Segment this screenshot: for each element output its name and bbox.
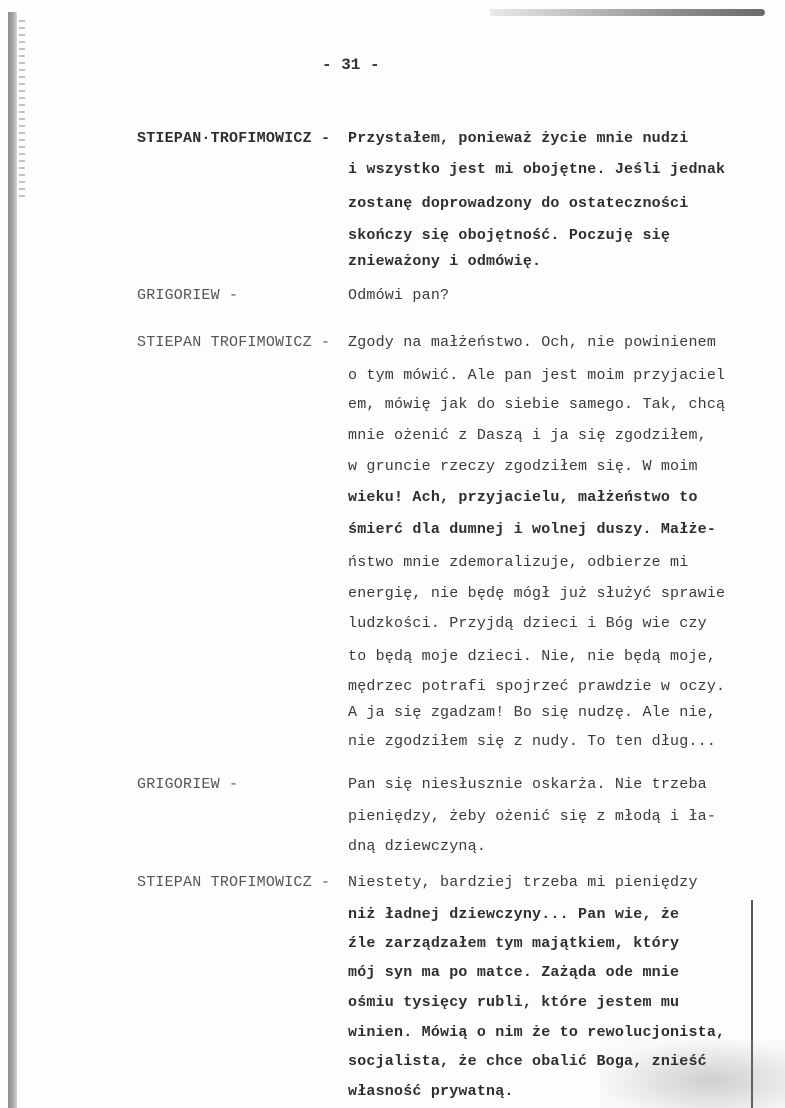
dialogue-line: w gruncie rzeczy zgodziłem się. W moim xyxy=(348,458,698,475)
dialogue-line: skończy się obojętność. Poczuję się xyxy=(348,227,670,244)
speaker-name: STIEPAN TROFIMOWICZ - xyxy=(137,334,330,351)
dialogue-line: Pan się niesłusznie oskarża. Nie trzeba xyxy=(348,776,707,793)
dialogue-line: dną dziewczyną. xyxy=(348,838,486,855)
dialogue-line: śmierć dla dumnej i wolnej duszy. Małże- xyxy=(348,521,716,538)
dialogue-line: A ja się zgadzam! Bo się nudzę. Ale nie, xyxy=(348,704,716,721)
dialogue-line: własność prywatną. xyxy=(348,1083,514,1100)
dialogue-line: ństwo mnie zdemoralizuje, odbierze mi xyxy=(348,554,688,571)
dialogue-line: ludzkości. Przyjdą dzieci i Bóg wie czy xyxy=(348,615,707,632)
scan-top-edge-shadow xyxy=(490,9,765,16)
dialogue-line: winien. Mówią o nim że to rewolucjonista… xyxy=(348,1024,725,1041)
dialogue-line: mnie ożenić z Daszą i ja się zgodziłem, xyxy=(348,427,707,444)
dialogue-line: socjalista, że chce obalić Boga, znieść xyxy=(348,1053,707,1070)
scan-smudge xyxy=(600,1040,785,1108)
dialogue-line: źle zarządzałem tym majątkiem, który xyxy=(348,935,679,952)
dialogue-line: Zgody na małżeństwo. Och, nie powinienem xyxy=(348,334,716,351)
scan-left-edge-shadow xyxy=(8,12,17,1108)
dialogue-line: o tym mówić. Ale pan jest moim przyjacie… xyxy=(348,367,725,384)
speaker-name: STIEPAN·TROFIMOWICZ - xyxy=(137,130,330,147)
dialogue-line: nie zgodziłem się z nudy. To ten dług... xyxy=(348,733,716,750)
speaker-name: STIEPAN TROFIMOWICZ - xyxy=(137,874,330,891)
dialogue-line: znieważony i odmówię. xyxy=(348,253,541,270)
dialogue-line: ośmiu tysięcy rubli, które jestem mu xyxy=(348,994,679,1011)
dialogue-line: to będą moje dzieci. Nie, nie będą moje, xyxy=(348,648,716,665)
dialogue-line: wieku! Ach, przyjacielu, małżeństwo to xyxy=(348,489,698,506)
dialogue-line: mędrzec potrafi spojrzeć prawdzie w oczy… xyxy=(348,678,725,695)
dialogue-line: em, mówię jak do siebie samego. Tak, chc… xyxy=(348,396,725,413)
page-number: - 31 - xyxy=(322,56,380,74)
dialogue-line: mój syn ma po matce. Zażąda ode mnie xyxy=(348,964,679,981)
dialogue-line: niż ładnej dziewczyny... Pan wie, że xyxy=(348,906,679,923)
speaker-name: GRIGORIEW - xyxy=(137,287,238,304)
speaker-name: GRIGORIEW - xyxy=(137,776,238,793)
dialogue-line: zostanę doprowadzony do ostateczności xyxy=(348,195,688,212)
dialogue-line: pieniędzy, żeby ożenić się z młodą i ła- xyxy=(348,808,716,825)
dialogue-line: i wszystko jest mi obojętne. Jeśli jedna… xyxy=(348,161,725,178)
scan-left-speckle xyxy=(19,20,25,200)
dialogue-line: Przystałem, ponieważ życie mnie nudzi xyxy=(348,130,688,147)
dialogue-line: Niestety, bardziej trzeba mi pieniędzy xyxy=(348,874,698,891)
dialogue-line: Odmówi pan? xyxy=(348,287,449,304)
dialogue-line: energię, nie będę mógł już służyć sprawi… xyxy=(348,585,725,602)
